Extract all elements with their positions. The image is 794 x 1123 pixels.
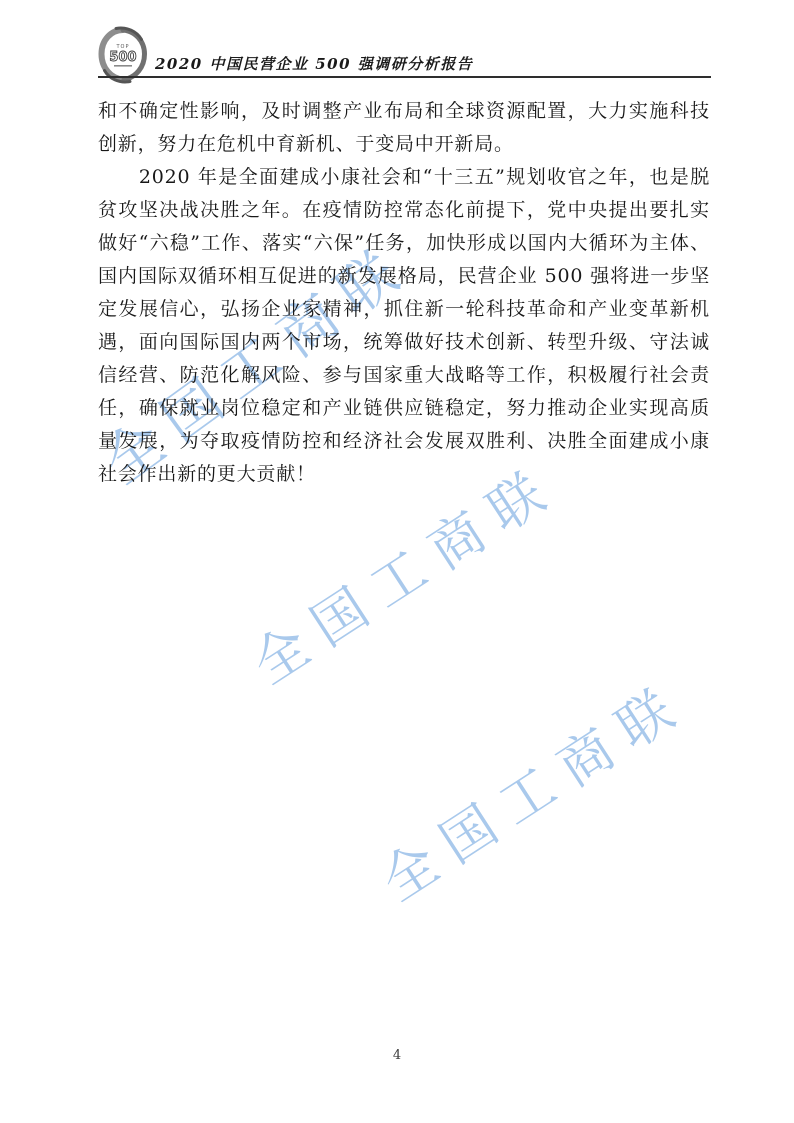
report-page: TOP 500 2020 中国民营企业 500 强调研分析报告 全国工商联 全国… xyxy=(0,0,794,1123)
paragraph-2020-outlook: 2020 年是全面建成小康社会和“十三五”规划收官之年，也是脱贫攻坚决战决胜之年… xyxy=(98,161,710,491)
paragraph-continuation: 和不确定性影响，及时调整产业布局和全球资源配置，大力实施科技创新，努力在危机中育… xyxy=(98,95,710,161)
logo-subtext-mark xyxy=(114,65,132,67)
watermark-lower: 全国工商联 xyxy=(364,661,699,916)
logo-500-text: 500 xyxy=(109,50,136,65)
report-header-title: 2020 中国民营企业 500 强调研分析报告 xyxy=(155,53,473,74)
page-number: 4 xyxy=(0,1048,794,1063)
header-rule xyxy=(98,76,711,78)
body-text-block: 和不确定性影响，及时调整产业布局和全球资源配置，大力实施科技创新，努力在危机中育… xyxy=(98,95,710,491)
